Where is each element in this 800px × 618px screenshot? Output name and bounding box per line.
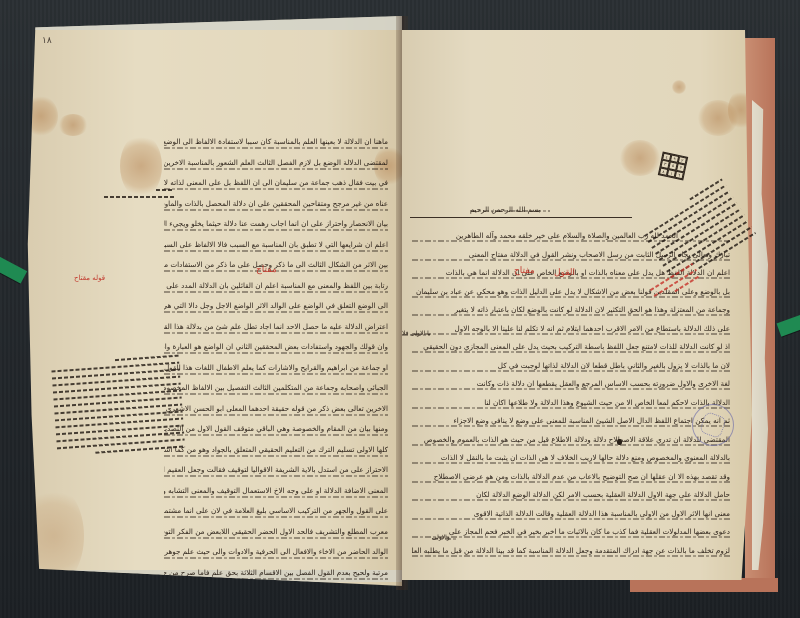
text-line: بالدلالة المعنوي والمخصوص ومنع دلالة حال… (412, 452, 730, 471)
rubric-miftah-right: مفتاح (514, 266, 535, 276)
text-line: ثم انه يمكن اجتماع اللفظ الدال الاصل الش… (412, 415, 730, 434)
text-line: لغة الاخرى والاول ضرورته بحسب الاساس الم… (412, 378, 730, 397)
text-line: ومنها بيان من المقام والخصوصة وهي الباقي… (164, 423, 388, 444)
text-line: على ذلك الدلالة باستطاع من الامر الاقرب … (412, 323, 730, 342)
magic-square-grid: ٤ ٩ ٢ ٣ ٥ ٧ ٨ ١ ٦ (658, 152, 688, 181)
right-folio: الحمد لله رب العالمين والصلاة والسلام عل… (402, 30, 752, 580)
text-line: معنى انها الاثر الاول من الاولى بالمناسب… (412, 508, 730, 527)
text-line: او جماعة من ابراهيم والقرايح والاشارات ك… (164, 362, 388, 383)
left-main-text: ماهنا ان الدلالة لا بعينها العلم بالمناس… (164, 136, 388, 586)
rubric-qawl: القول (554, 268, 575, 278)
text-line: الجبائي واصحابه وجماعة من المتكلمين الثا… (164, 382, 388, 403)
text-line: الى الوضع التعلق في الواضع على الوالد ال… (164, 300, 388, 321)
text-line: وقد تقصد بهذه الا ان عقلها ان صح التوضيح… (412, 471, 730, 490)
text-line: لزوم تخلف ما بالذات عن جهة ادراك المتقدم… (412, 545, 730, 564)
text-line: اذ لو كانت الدلالة للذات لامتنع جعل اللف… (412, 341, 730, 360)
water-stain (620, 140, 660, 176)
rubric-miftah: مفتاح (256, 265, 277, 275)
text-line: المعنى الاضافة الدلالة او على وجه الاخ ا… (164, 485, 388, 506)
text-line: وجماعة من المعتزلة وهذا هو الحق التكثير … (412, 304, 730, 323)
basmala-title: بسم الله الرحمن الرحيم (470, 206, 550, 214)
water-stain (58, 114, 88, 136)
magic-square-cell: ٦ (675, 170, 684, 179)
text-line: لمقتضى الدلالة الوضع بل لازم الفصل الثال… (164, 157, 388, 178)
text-line: عناه من غير مرجح ومتقاحين المحققين على ا… (164, 198, 388, 219)
text-line: المقتضي للدلالة ان تدري علاقة الاصطلاح د… (412, 434, 730, 453)
folio-number: ١٨ (42, 36, 52, 46)
text-line: في بيت فقال ذهب جماعة من سليمان الى ان ا… (164, 177, 388, 198)
text-line: ماهنا ان الدلالة لا بعينها العلم بالمناس… (164, 136, 388, 157)
text-line: رتابة بين اللفظ والمعنى مع المناسبة اعلم… (164, 280, 388, 301)
text-line: بيان الانحصار واحتراز على ان انما اجاب ر… (164, 218, 388, 239)
text-line: معرب المطلع والتشريف فالحد الاول الحضر ا… (164, 526, 388, 547)
text-line: وان قولك والجهود واستفادات بعض المحققين … (164, 341, 388, 362)
text-line: الدلالة بالذات لاحكم لمعا الخاص الا من ح… (412, 397, 730, 416)
text-line: حامل الدلالة على جهة الاول الدلالة العقل… (412, 489, 730, 508)
water-stain (672, 80, 686, 94)
ink-dot (617, 439, 622, 445)
text-line: اعتراض الدلالة عليه ما حصل الاحد انما اج… (164, 321, 388, 342)
ownership-seal-stamp (692, 404, 734, 446)
margin-red-note: قوله مقتاح (74, 274, 105, 282)
text-line: الاحتراز على من استدل بالاية الشريفة الا… (164, 464, 388, 485)
book-cover-bottom (630, 578, 778, 592)
title-rule (410, 217, 632, 218)
text-line: دعوى بعضها المدلولات العقلية فما كذب ما … (412, 526, 730, 545)
left-folio: ١٨ قوله مقتاح ماهنا ان الدلالة لا بعينها… (24, 16, 402, 586)
text-line: الاخرين تعالى بعض ذكر من قوله حقيقة احده… (164, 403, 388, 424)
left-margin-gloss: اما الاولى فلا (402, 330, 430, 337)
text-line: لان ما بالذات لا يزول بالغير والثاني باط… (412, 360, 730, 379)
seal-emblem-icon (699, 411, 727, 439)
text-line: على القول والجهر من التركيب الاساسي بليغ… (164, 505, 388, 526)
text-line: الوالد الحاضر من الاخاء والافعال الى الح… (164, 546, 388, 567)
text-line: اعلم ان شرايعها التي لا تطبق بان المناسب… (164, 239, 388, 260)
bottom-signature: والاولى (432, 534, 458, 541)
text-line: كلها الاولى تسليم الترك من التعليم الحقي… (164, 444, 388, 465)
